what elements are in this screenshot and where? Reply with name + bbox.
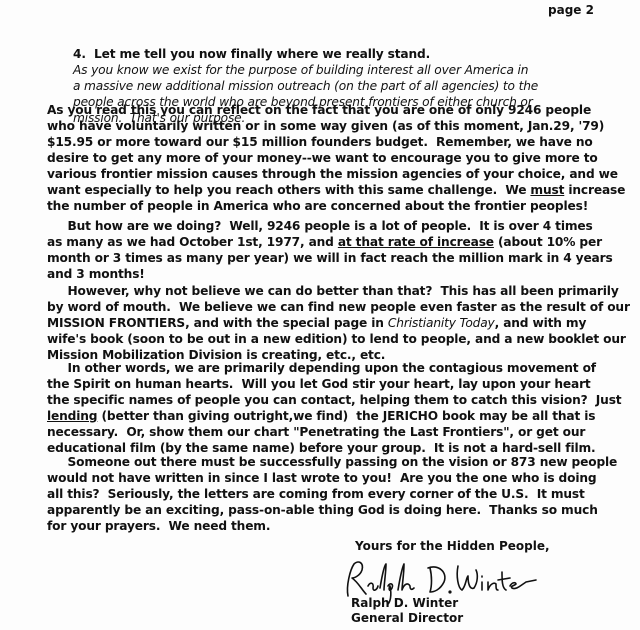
text-line: the number of people in America who are … [47,198,588,214]
page-number: page 2 [548,3,594,17]
italic-line: a massive new additional mission outreac… [73,78,538,94]
text-line: wife's book (soon to be out in a new edi… [47,331,626,347]
text-line: the specific names of people you can con… [47,392,621,408]
underlined-phrase: at that rate of increase [338,235,494,249]
text-line: As you read this you can reflect on the … [47,102,591,118]
text-line: apparently be an exciting, pass-on-able … [47,502,598,518]
text-line: who have voluntarily written or in some … [47,118,604,134]
section-heading: 4. Let me tell you now finally where we … [73,46,430,62]
text-run: (better than giving outright,we find) th… [97,409,595,423]
text-line: the Spirit on human hearts. Will you let… [47,376,591,392]
underlined-word: lending [47,409,97,423]
text-run: want especially to help you reach others… [47,183,530,197]
text-line: by word of mouth. We believe we can find… [47,299,630,315]
signer-name: Ralph D. Winter [351,596,458,610]
text-run: (about 10% per [494,235,602,249]
text-run: MISSION FRONTIERS, and with the special … [47,316,388,330]
text-line: Someone out there must be successfully p… [47,454,617,470]
text-line: lending (better than giving outright,we … [47,408,595,424]
text-run: , and with my [495,316,587,330]
text-line: necessary. Or, show them our chart "Pene… [47,424,585,440]
italic-line: As you know we exist for the purpose of … [73,62,528,78]
text-run: as many as we had October 1st, 1977, and [47,235,338,249]
valediction: Yours for the Hidden People, [355,539,550,553]
text-line: In other words, we are primarily dependi… [47,360,596,376]
text-line: would not have written in since I last w… [47,470,596,486]
italic-title: Christianity Today [388,316,495,330]
text-line: want especially to help you reach others… [47,182,625,198]
signer-title: General Director [351,611,463,625]
text-run: increase [564,183,625,197]
text-line: However, why not believe we can do bette… [47,283,619,299]
text-line: month or 3 times as many per year) we wi… [47,250,613,266]
text-line: MISSION FRONTIERS, and with the special … [47,315,586,331]
text-line: for your prayers. We need them. [47,518,270,534]
text-line: various frontier mission causes through … [47,166,618,182]
text-line: But how are we doing? Well, 9246 people … [47,218,593,234]
text-line: as many as we had October 1st, 1977, and… [47,234,602,250]
text-line: desire to get any more of your money--we… [47,150,598,166]
letter-page: page 2 4. Let me tell you now finally wh… [0,0,640,630]
underlined-word: must [530,183,564,197]
text-line: $15.95 or more toward our $15 million fo… [47,134,593,150]
text-line: all this? Seriously, the letters are com… [47,486,585,502]
text-line: and 3 months! [47,266,145,282]
